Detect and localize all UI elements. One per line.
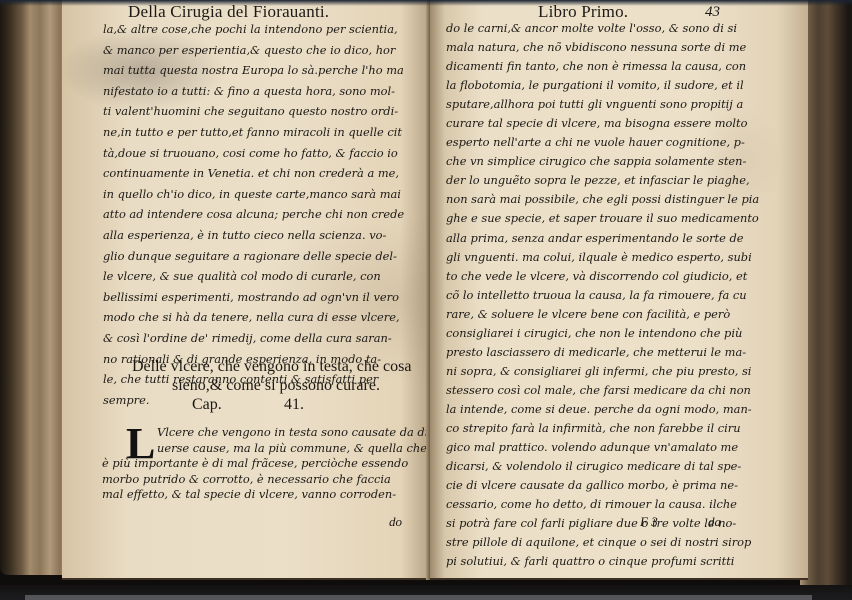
text-line: consigliarei i cirugici, che non le inte… [446, 324, 759, 343]
text-line: curare tal specie di vlcere, ma bisogna … [446, 114, 759, 133]
left-page: Della Cirugia del Fiorauanti. la,& altre… [62, 0, 430, 580]
table-surface [0, 585, 852, 600]
left-catchword: do [389, 514, 402, 530]
text-line: presto lasciassero di medicarle, che met… [446, 343, 759, 362]
right-page: Libro Primo. 43 do le carni,& ancor molt… [430, 0, 808, 580]
text-line: gico mal prattico. volendo adunque vn'am… [446, 438, 759, 457]
right-body-text: do le carni,& ancor molte volte l'osso, … [446, 19, 759, 571]
chapter-label: Cap. [192, 395, 222, 414]
text-line: continuamente in Venetia. et chi non cre… [103, 163, 404, 184]
text-line: che vn simplice cirugico che sappia sola… [446, 152, 759, 171]
text-line: tà,doue si truouano, cosi come ho fatto,… [103, 143, 404, 164]
text-line: stre pillole di aquilone, et cinque o se… [446, 533, 759, 552]
text-line: bellissimi esperimenti, mostrando ad ogn… [103, 287, 404, 308]
chapter-heading-line-2: sieno,& come si possono curare. [172, 376, 380, 395]
text-line: alla esperienza, è in tutto cieco nella … [103, 225, 404, 246]
left-body-text: la,& altre cose,che pochi la intendono p… [103, 19, 404, 410]
text-line: ghe e sue specie, et saper trouare il su… [446, 209, 759, 228]
chapter-heading-line-1: Delle vlcere, che vengono in testa, che … [132, 357, 411, 376]
text-line: esperto nell'arte a chi ne vuole hauer c… [446, 133, 759, 152]
top-shadow [0, 0, 852, 6]
text-line: ti valent'huomini che seguitano questo n… [103, 101, 404, 122]
text-line: gli vnguenti. ma colui, ilquale è medico… [446, 248, 759, 267]
text-line: do le carni,& ancor molte volte l'osso, … [446, 19, 759, 38]
text-line: der lo unguẽto sopra le pezze, et infasc… [446, 171, 759, 190]
text-line: pi solutiui, & farli quattro o cinque pr… [446, 552, 759, 571]
text-line: mal effetto, & tal specie di vlcere, van… [102, 484, 428, 505]
signature-mark: F 3 [640, 514, 658, 530]
text-line: cõ lo intelletto truoua la causa, la fa … [446, 286, 759, 305]
chapter-number: 41. [284, 395, 304, 414]
text-line: mala natura, che nõ vbidiscono nessuna s… [446, 38, 759, 57]
text-line: non sarà mai possibile, che egli possi d… [446, 190, 759, 209]
text-line: stessero così col male, che farsi medica… [446, 381, 759, 400]
text-line: la flobotomia, le purgationi il vomito, … [446, 76, 759, 95]
text-line: atto ad intendere cosa alcuna; perche ch… [103, 204, 404, 225]
text-line: & così l'ordine de' rimedij, come della … [103, 328, 404, 349]
text-line: cessario, come ho detto, di rimouer la c… [446, 495, 759, 514]
text-line: rare, & soluere le vlcere bene con facil… [446, 305, 759, 324]
text-line: ne,in tutto e per tutto,et fanno miracol… [103, 122, 404, 143]
text-line: le vlcere, & sue qualità col modo di cur… [103, 266, 404, 287]
chapter-body-text: Vlcere che vengono in testa sono causate… [102, 422, 428, 505]
text-line: ni sopra, & consigliarei gli infermi, ch… [446, 362, 759, 381]
text-line: co strepito farà la infirmità, che non f… [446, 419, 759, 438]
text-line: sputare,allhora poi tutti gli vnguenti s… [446, 95, 759, 114]
right-catchword: da [708, 514, 721, 530]
text-line: mai tutta questa nostra Europa lo sà.per… [103, 60, 404, 81]
text-line: nifestato io a tutti: & fino a questa ho… [103, 81, 404, 102]
text-line: alla prima, senza andar esperimentando l… [446, 229, 759, 248]
text-line: la intende, come si deue. perche da ogni… [446, 400, 759, 419]
text-line: glio dunque seguitare a ragionare delle … [103, 246, 404, 267]
text-line: to che vede le vlcere, và discorrendo co… [446, 267, 759, 286]
text-line: modo che si hà da tenere, nella cura di … [103, 307, 404, 328]
text-line: & manco per esperientia,& questo che io … [103, 40, 404, 61]
text-line: dicarsi, & volendolo il cirugico medicar… [446, 457, 759, 476]
text-line: la,& altre cose,che pochi la intendono p… [103, 19, 404, 40]
text-line: dicamenti fin tanto, che non è rimessa l… [446, 57, 759, 76]
text-line: cie di vlcere causate da gallico morbo, … [446, 476, 759, 495]
open-book: Della Cirugia del Fiorauanti. la,& altre… [0, 0, 852, 600]
text-line: in quello ch'io dico, in queste carte,ma… [103, 184, 404, 205]
